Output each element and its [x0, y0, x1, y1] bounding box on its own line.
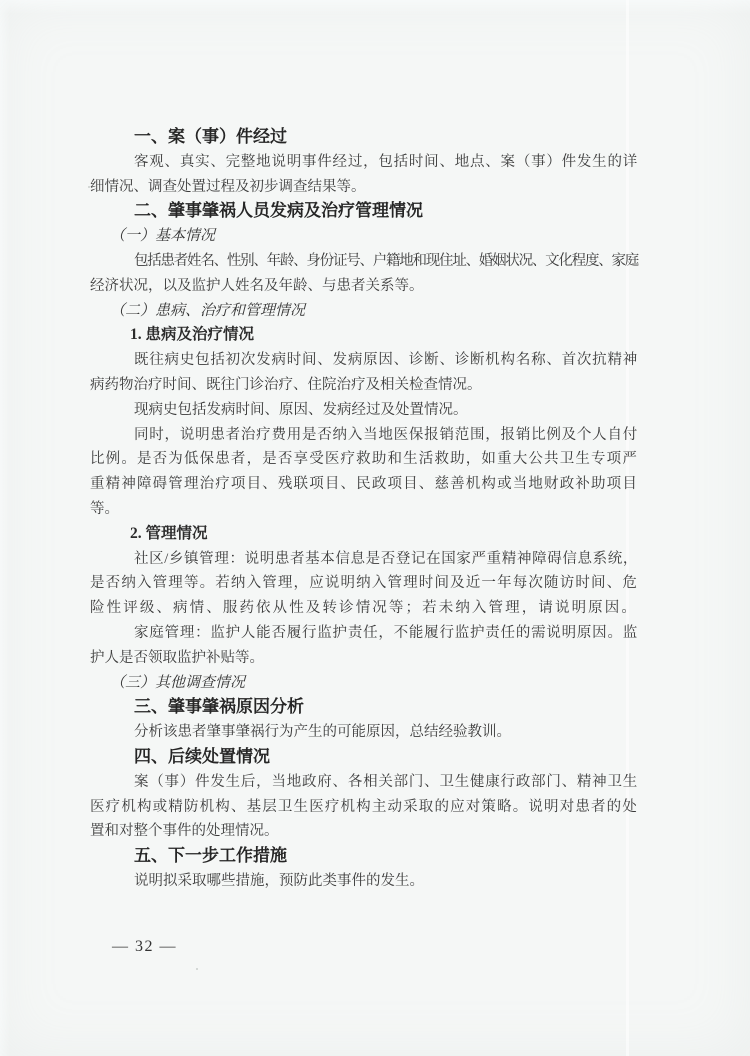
text-line-content: 险性评级、病情、服药依从性及转诊情况等；若未纳入管理，请说明原因。: [90, 596, 638, 621]
text-line: 说明拟采取哪些措施，预防此类事件的发生。: [90, 869, 638, 894]
text-line-content: 置和对整个事件的处理情况。: [90, 819, 279, 844]
text-line-content: 细情况、调查处置过程及初步调查结果等。: [90, 175, 366, 200]
text-line-content: 社区/乡镇管理：说明患者基本信息是否登记在国家严重精神障碍信息系统，: [134, 547, 638, 572]
text-line: 医疗机构或精防机构、基层卫生医疗机构主动采取的应对策略。说明对患者的处: [90, 795, 638, 820]
text-line: 1. 患病及治疗情况: [90, 323, 638, 348]
text-line-content: 护人是否领取监护补贴等。: [90, 646, 264, 671]
text-line-content: 客观、真实、完整地说明事件经过，包括时间、地点、案（事）件发生的详: [134, 150, 638, 175]
text-line-content: 四、后续处置情况: [134, 745, 270, 770]
text-line-content: 病药物治疗时间、既往门诊治疗、住院治疗及相关检查情况。: [90, 373, 482, 398]
document-body: 一、案（事）件经过客观、真实、完整地说明事件经过，包括时间、地点、案（事）件发生…: [90, 125, 638, 894]
text-line: 分析该患者肇事肇祸行为产生的可能原因，总结经验教训。: [90, 720, 638, 745]
text-line: 二、肇事肇祸人员发病及治疗管理情况: [90, 199, 638, 224]
scan-speck: [196, 968, 198, 970]
text-line-content: 医疗机构或精防机构、基层卫生医疗机构主动采取的应对策略。说明对患者的处: [90, 795, 638, 820]
text-line: 置和对整个事件的处理情况。: [90, 819, 638, 844]
text-line-content: 重精神障碍管理治疗项目、残联项目、民政项目、慈善机构或当地财政补助项目: [90, 472, 638, 497]
text-line-content: 分析该患者肇事肇祸行为产生的可能原因，总结经验教训。: [134, 720, 511, 745]
text-line: 现病史包括发病时间、原因、发病经过及处置情况。: [90, 398, 638, 423]
text-line-content: 比例。是否为低保患者，是否享受医疗救助和生活救助，如重大公共卫生专项严: [90, 447, 638, 472]
text-line-content: 三、肇事肇祸原因分析: [134, 695, 304, 720]
text-line-content: 既往病史包括初次发病时间、发病原因、诊断、诊断机构名称、首次抗精神: [134, 348, 638, 373]
page-number: — 32 —: [112, 938, 177, 956]
text-line-content: 案（事）件发生后，当地政府、各相关部门、卫生健康行政部门、精神卫生: [134, 770, 638, 795]
text-line: 病药物治疗时间、既往门诊治疗、住院治疗及相关检查情况。: [90, 373, 638, 398]
text-line-content: （三）其他调查情况: [110, 671, 245, 696]
text-line: 客观、真实、完整地说明事件经过，包括时间、地点、案（事）件发生的详: [90, 150, 638, 175]
text-line: 经济状况，以及监护人姓名及年龄、与患者关系等。: [90, 274, 638, 299]
text-line: 案（事）件发生后，当地政府、各相关部门、卫生健康行政部门、精神卫生: [90, 770, 638, 795]
text-line-content: 现病史包括发病时间、原因、发病经过及处置情况。: [134, 398, 468, 423]
text-line-content: 等。: [90, 497, 119, 522]
text-line-content: 二、肇事肇祸人员发病及治疗管理情况: [134, 199, 423, 224]
text-line-content: 2. 管理情况: [130, 522, 208, 547]
text-line-content: （一）基本情况: [110, 224, 215, 249]
text-line-content: （二）患病、治疗和管理情况: [110, 299, 305, 324]
text-line-content: 一、案（事）件经过: [134, 125, 287, 150]
text-line: 是否纳入管理等。若纳入管理，应说明纳入管理时间及近一年每次随访时间、危: [90, 571, 638, 596]
text-line-content: 1. 患病及治疗情况: [130, 323, 254, 348]
text-line: 同时，说明患者治疗费用是否纳入当地医保报销范围，报销比例及个人自付: [90, 423, 638, 448]
text-line: 险性评级、病情、服药依从性及转诊情况等；若未纳入管理，请说明原因。: [90, 596, 638, 621]
text-line: 既往病史包括初次发病时间、发病原因、诊断、诊断机构名称、首次抗精神: [90, 348, 638, 373]
text-line: （三）其他调查情况: [90, 671, 638, 696]
text-line: 包括患者姓名、性别、年龄、身份证号、户籍地和现住址、婚姻状况、文化程度、家庭: [90, 249, 638, 274]
text-line-content: 经济状况，以及监护人姓名及年龄、与患者关系等。: [90, 274, 424, 299]
text-line: 护人是否领取监护补贴等。: [90, 646, 638, 671]
text-line: 四、后续处置情况: [90, 745, 638, 770]
text-line: 细情况、调查处置过程及初步调查结果等。: [90, 175, 638, 200]
document-page: 一、案（事）件经过客观、真实、完整地说明事件经过，包括时间、地点、案（事）件发生…: [0, 0, 750, 1056]
text-line-content: 包括患者姓名、性别、年龄、身份证号、户籍地和现住址、婚姻状况、文化程度、家庭: [134, 249, 638, 274]
text-line-content: 说明拟采取哪些措施，预防此类事件的发生。: [134, 869, 424, 894]
text-line: 社区/乡镇管理：说明患者基本信息是否登记在国家严重精神障碍信息系统，: [90, 547, 638, 572]
text-line: 三、肇事肇祸原因分析: [90, 695, 638, 720]
text-line-content: 是否纳入管理等。若纳入管理，应说明纳入管理时间及近一年每次随访时间、危: [90, 571, 638, 596]
text-line: 家庭管理：监护人能否履行监护责任，不能履行监护责任的需说明原因。监: [90, 621, 638, 646]
text-line: 重精神障碍管理治疗项目、残联项目、民政项目、慈善机构或当地财政补助项目: [90, 472, 638, 497]
text-line: 2. 管理情况: [90, 522, 638, 547]
text-line: （二）患病、治疗和管理情况: [90, 299, 638, 324]
text-line: （一）基本情况: [90, 224, 638, 249]
text-line: 比例。是否为低保患者，是否享受医疗救助和生活救助，如重大公共卫生专项严: [90, 447, 638, 472]
text-line: 等。: [90, 497, 638, 522]
text-line-content: 同时，说明患者治疗费用是否纳入当地医保报销范围，报销比例及个人自付: [134, 423, 638, 448]
text-line-content: 五、下一步工作措施: [134, 844, 287, 869]
text-line: 一、案（事）件经过: [90, 125, 638, 150]
text-line-content: 家庭管理：监护人能否履行监护责任，不能履行监护责任的需说明原因。监: [134, 621, 638, 646]
text-line: 五、下一步工作措施: [90, 844, 638, 869]
